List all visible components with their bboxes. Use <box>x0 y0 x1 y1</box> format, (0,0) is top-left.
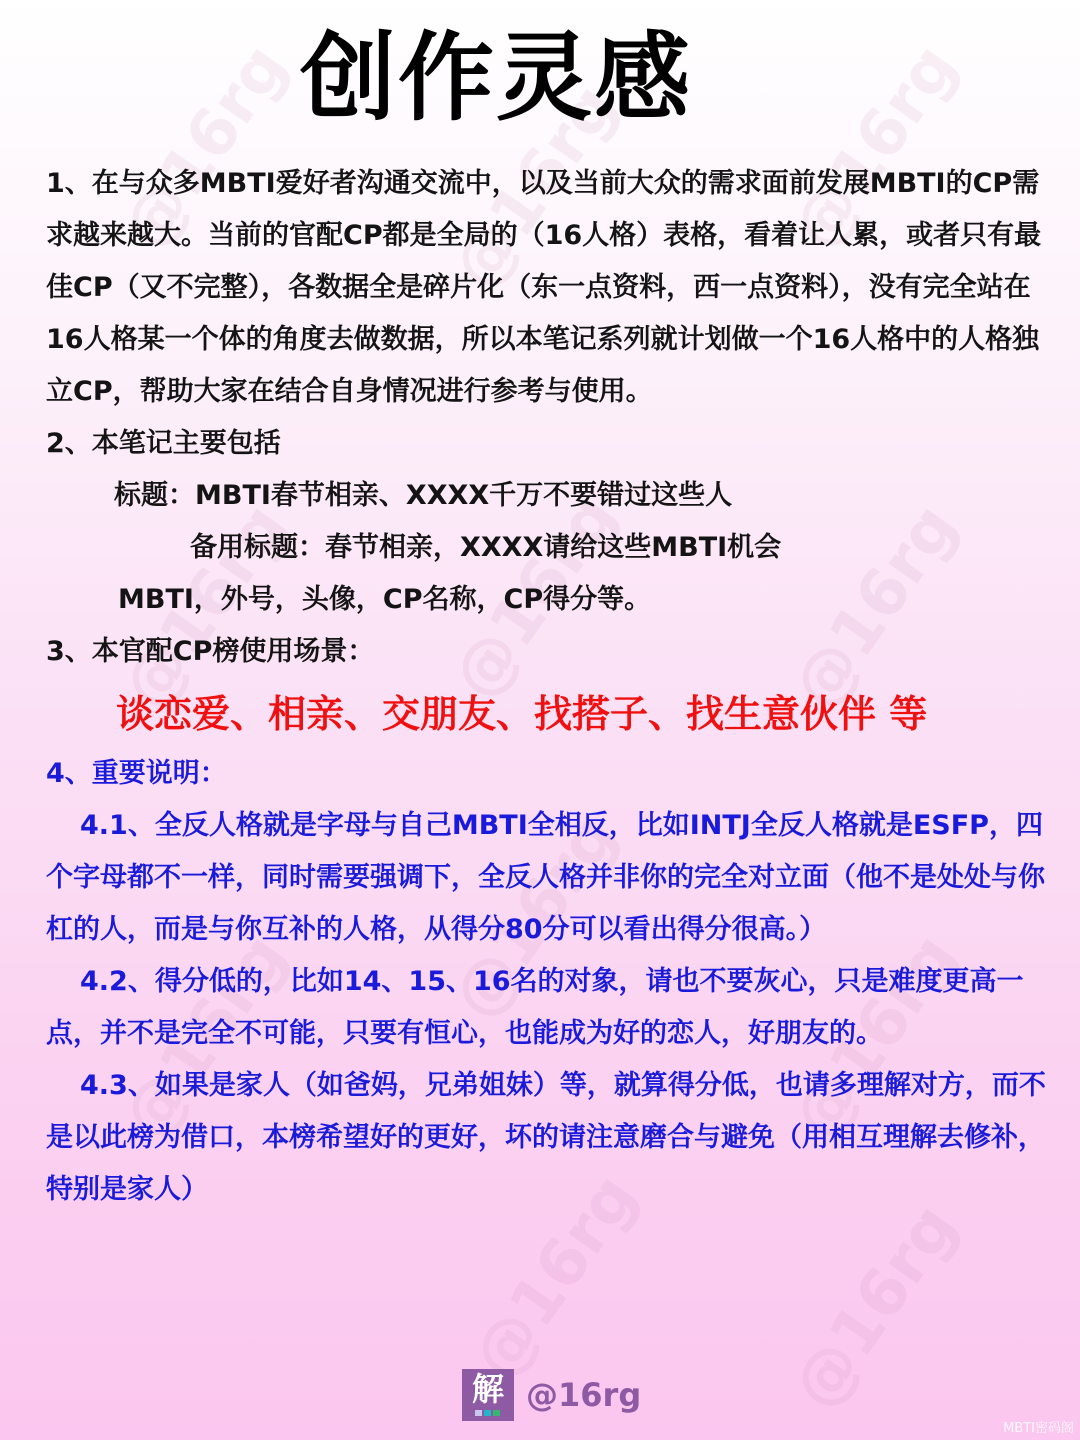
author-handle: @16rg <box>526 1376 641 1414</box>
page-title: 创作灵感 <box>300 18 692 138</box>
section-4-heading: 4、重要说明： <box>46 748 1046 800</box>
logo-character: 解 <box>472 1369 504 1409</box>
watermark: @16rg <box>779 1191 972 1422</box>
section-3-highlight: 谈恋爱、相亲、交朋友、找搭子、找生意伙伴 等 <box>46 682 1046 746</box>
section-4-item-1: 4.1、全反人格就是字母与自己MBTI全相反，比如INTJ全反人格就是ESFP，… <box>46 800 1046 956</box>
author-footer: 解 @16rg <box>462 1369 641 1421</box>
section-4-item-3: 4.3、如果是家人（如爸妈，兄弟姐妹）等，就算得分低，也请多理解对方，而不是以此… <box>46 1060 1046 1216</box>
article-body: 1、在与众多MBTI爱好者沟通交流中，以及当前大众的需求面前发展MBTI的CP需… <box>46 158 1046 1216</box>
section-3-heading: 3、本官配CP榜使用场景： <box>46 626 1046 678</box>
section-2-item-title: 标题：MBTI春节相亲、XXXX千万不要错过这些人 <box>46 470 1046 522</box>
corner-watermark: MBTI密码阁 <box>1003 1417 1074 1436</box>
section-2-item-fields: MBTI，外号，头像，CP名称，CP得分等。 <box>46 574 1046 626</box>
section-2-heading: 2、本笔记主要包括 <box>46 418 1046 470</box>
logo-dots <box>475 1410 500 1416</box>
brand-logo-icon: 解 <box>462 1369 514 1421</box>
section-4-item-2: 4.2、得分低的，比如14、15、16名的对象，请也不要灰心，只是难度更高一点，… <box>46 956 1046 1060</box>
section-1-text: 1、在与众多MBTI爱好者沟通交流中，以及当前大众的需求面前发展MBTI的CP需… <box>46 158 1046 418</box>
section-2-item-alt-title: 备用标题：春节相亲，XXXX请给这些MBTI机会 <box>46 522 1046 574</box>
